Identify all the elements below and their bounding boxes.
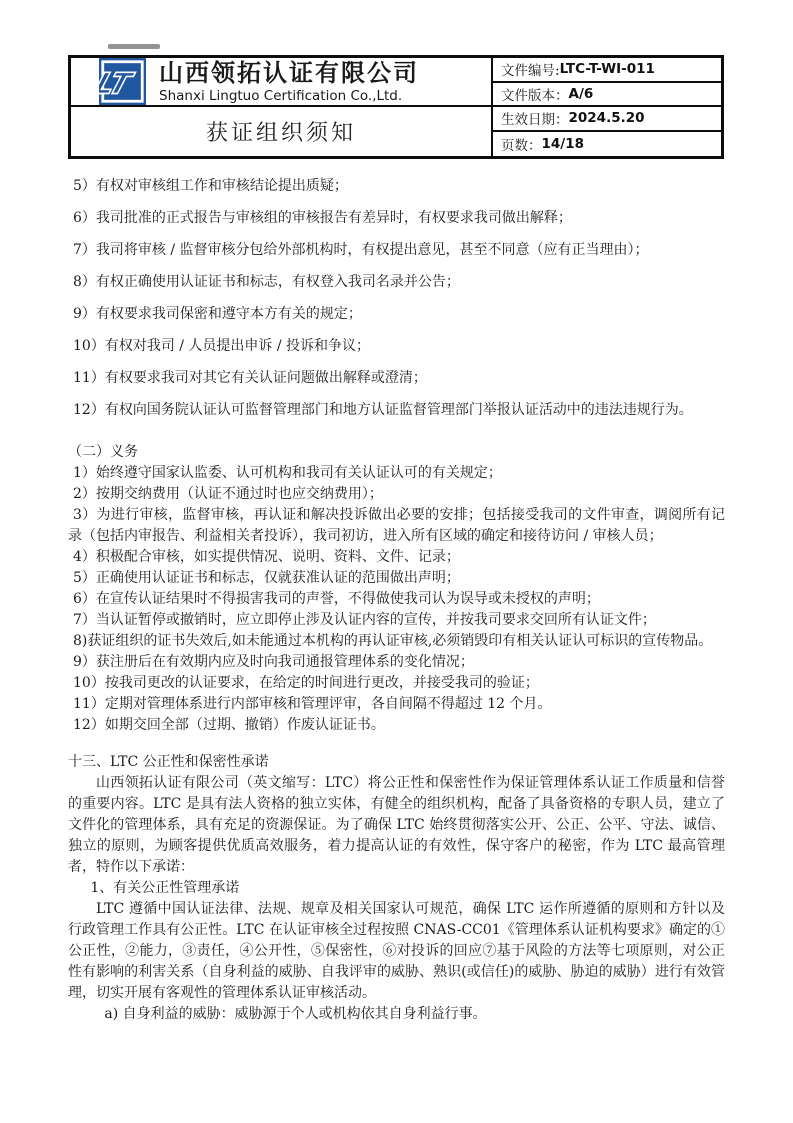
company-cell: LT 山西领拓认证有限公司 Shanxi Lingtuo Certificati… [71,58,493,107]
header-table: LT 山西领拓认证有限公司 Shanxi Lingtuo Certificati… [68,55,724,159]
meta-doc-number: 文件编号: LTC-T-WI-011 [493,58,721,83]
meta-doc-version: 文件版本： A/6 [493,83,721,108]
document-body: 5）有权对审核组工作和审核结论提出质疑； 6）我司批准的正式报告与审核组的审核报… [68,176,725,1025]
impartiality-section: 十三、LTC 公正性和保密性承诺 山西领拓认证有限公司（英文缩写：LTC）将公正… [68,752,725,1025]
impartiality-subheading-1: 1、有关公正性管理承诺 [68,878,725,899]
company-name-en: Shanxi Lingtuo Certification Co.,Ltd. [159,89,419,103]
meta-effective-date-label: 生效日期： [501,108,569,128]
obligation-item: 12）如期交回全部（过期、撤销）作废认证证书。 [68,715,725,736]
obligation-item: 9）获注册后在有效期内应及时向我司通报管理体系的变化情况； [68,652,725,673]
document-page: LT 山西领拓认证有限公司 Shanxi Lingtuo Certificati… [0,0,793,1123]
meta-effective-date: 生效日期： 2024.5.20 [493,107,721,132]
obligation-item: 11）定期对管理体系进行内部审核和管理评审，各自间隔不得超过 12 个月。 [68,694,725,715]
meta-doc-version-value: A/6 [569,86,594,102]
rights-item: 11）有权要求我司对其它有关认证问题做出解释或澄清； [68,368,725,389]
doc-title: 获证组织须知 [71,107,493,156]
company-names: 山西领拓认证有限公司 Shanxi Lingtuo Certification … [159,60,419,102]
meta-doc-number-label: 文件编号: [501,59,560,79]
meta-page-number: 页数： 14/18 [493,132,721,157]
meta-page-number-label: 页数： [501,134,542,154]
impartiality-paragraph-2: LTC 遵循中国认证法律、法规、规章及相关国家认可规范，确保 LTC 运作所遵循… [68,899,725,1004]
threat-item-a: a) 自身利益的威胁：威胁源于个人或机构依其自身利益行事。 [68,1004,725,1025]
meta-doc-number-value: LTC-T-WI-011 [560,61,655,77]
company-name-cn: 山西领拓认证有限公司 [159,60,419,85]
obligation-item: 8)获证组织的证书失效后,如未能通过本机构的再认证审核,必须销毁印有相关认证认可… [68,631,725,652]
meta-effective-date-value: 2024.5.20 [569,110,645,126]
meta-doc-version-label: 文件版本： [501,84,569,104]
rights-item: 6）我司批准的正式报告与审核组的审核报告有差异时，有权要求我司做出解释； [68,208,725,229]
obligations-section: （二）义务 1）始终遵守国家认监委、认可机构和我司有关认证认可的有关规定； 2）… [68,442,725,736]
impartiality-paragraph-1: 山西领拓认证有限公司（英文缩写：LTC）将公正性和保密性作为保证管理体系认证工作… [68,773,725,878]
rights-item: 7）我司将审核 / 监督审核分包给外部机构时，有权提出意见，甚至不同意（应有正当… [68,240,725,261]
lingtuo-logo-icon: LT [99,58,146,105]
obligation-item: 3）为进行审核，监督审核，再认证和解决投诉做出必要的安排；包括接受我司的文件审查… [68,505,725,547]
obligation-item: 6）在宣传认证结果时不得损害我司的声誉，不得做使我司认为误导或未授权的声明； [68,589,725,610]
scan-artifact [108,44,160,49]
meta-page-number-value: 14/18 [542,136,585,152]
obligations-heading: （二）义务 [68,442,725,463]
rights-item: 9）有权要求我司保密和遵守本方有关的规定； [68,304,725,325]
obligation-item: 10）按我司更改的认证要求，在给定的时间进行更改，并接受我司的验证； [68,673,725,694]
rights-item: 12）有权向国务院认证认可监督管理部门和地方认证监督管理部门举报认证活动中的违法… [68,400,725,421]
impartiality-heading: 十三、LTC 公正性和保密性承诺 [68,752,725,773]
obligation-item: 1）始终遵守国家认监委、认可机构和我司有关认证认可的有关规定； [68,463,725,484]
obligation-item: 2）按期交纳费用（认证不通过时也应交纳费用）； [68,484,725,505]
rights-item: 10）有权对我司 / 人员提出申诉 / 投诉和争议； [68,336,725,357]
obligation-item: 4）积极配合审核，如实提供情况、说明、资料、文件、记录； [68,547,725,568]
obligation-item: 5）正确使用认证证书和标志，仅就获准认证的范围做出声明； [68,568,725,589]
obligation-item: 7）当认证暂停或撤销时，应立即停止涉及认证内容的宣传，并按我司要求交回所有认证文… [68,610,725,631]
rights-item: 5）有权对审核组工作和审核结论提出质疑； [68,176,725,197]
rights-list: 5）有权对审核组工作和审核结论提出质疑； 6）我司批准的正式报告与审核组的审核报… [68,176,725,421]
rights-item: 8）有权正确使用认证证书和标志，有权登入我司名录并公告； [68,272,725,293]
